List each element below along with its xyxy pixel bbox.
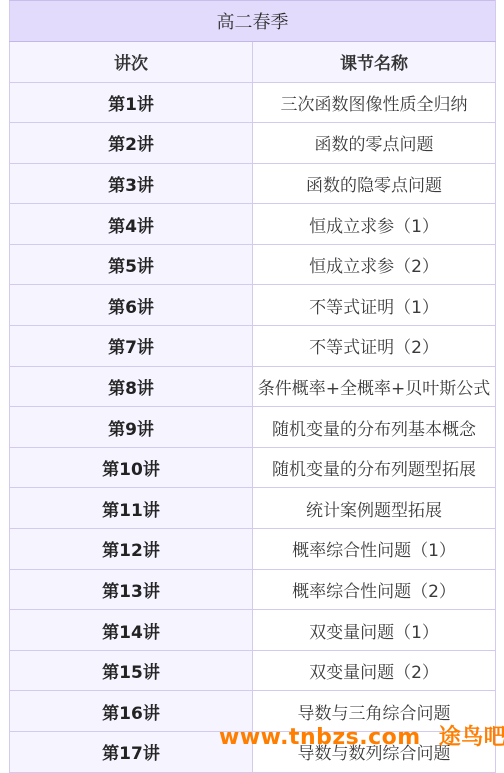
lecture-no: 第5讲 — [10, 244, 253, 285]
lecture-no: 第13讲 — [10, 569, 253, 610]
table-row: 第4讲恒成立求参（1） — [10, 204, 496, 245]
lecture-name: 恒成立求参（1） — [253, 204, 496, 245]
table-title: 高二春季 — [10, 1, 496, 42]
header-lecture-no: 讲次 — [10, 42, 253, 83]
table-title-row: 高二春季 — [10, 1, 496, 42]
table-row: 第7讲不等式证明（2） — [10, 326, 496, 367]
lecture-no: 第16讲 — [10, 691, 253, 732]
table-row: 第2讲函数的零点问题 — [10, 123, 496, 164]
header-lecture-name: 课节名称 — [253, 42, 496, 83]
lecture-no: 第7讲 — [10, 326, 253, 367]
lecture-name: 函数的隐零点问题 — [253, 163, 496, 204]
table-row: 第1讲三次函数图像性质全归纳 — [10, 82, 496, 123]
lecture-name: 函数的零点问题 — [253, 123, 496, 164]
lecture-no: 第3讲 — [10, 163, 253, 204]
table-row: 第8讲条件概率+全概率+贝叶斯公式 — [10, 366, 496, 407]
lecture-no: 第6讲 — [10, 285, 253, 326]
lecture-no: 第9讲 — [10, 407, 253, 448]
lecture-name: 条件概率+全概率+贝叶斯公式 — [253, 366, 496, 407]
lecture-no: 第17讲 — [10, 732, 253, 773]
table-row: 第6讲不等式证明（1） — [10, 285, 496, 326]
table-row: 第12讲概率综合性问题（1） — [10, 529, 496, 570]
lecture-name: 不等式证明（2） — [253, 326, 496, 367]
table-row: 第15讲双变量问题（2） — [10, 650, 496, 691]
table-row: 第17讲导数与数列综合问题 — [10, 732, 496, 773]
lecture-no: 第1讲 — [10, 82, 253, 123]
lecture-no: 第11讲 — [10, 488, 253, 529]
lecture-name: 统计案例题型拓展 — [253, 488, 496, 529]
table-row: 第14讲双变量问题（1） — [10, 610, 496, 651]
lecture-no: 第10讲 — [10, 447, 253, 488]
lecture-name: 导数与三角综合问题 — [253, 691, 496, 732]
lecture-name: 双变量问题（1） — [253, 610, 496, 651]
lecture-no: 第12讲 — [10, 529, 253, 570]
lecture-name: 导数与数列综合问题 — [253, 732, 496, 773]
table-row: 第10讲随机变量的分布列题型拓展 — [10, 447, 496, 488]
lecture-name: 随机变量的分布列基本概念 — [253, 407, 496, 448]
lecture-name: 三次函数图像性质全归纳 — [253, 82, 496, 123]
table-row: 第3讲函数的隐零点问题 — [10, 163, 496, 204]
table-row: 第11讲统计案例题型拓展 — [10, 488, 496, 529]
lecture-no: 第2讲 — [10, 123, 253, 164]
lecture-no: 第4讲 — [10, 204, 253, 245]
lecture-name: 概率综合性问题（2） — [253, 569, 496, 610]
table-row: 第5讲恒成立求参（2） — [10, 244, 496, 285]
table-header-row: 讲次 课节名称 — [10, 42, 496, 83]
lecture-no: 第8讲 — [10, 366, 253, 407]
table-row: 第13讲概率综合性问题（2） — [10, 569, 496, 610]
lecture-no: 第15讲 — [10, 650, 253, 691]
table-row: 第9讲随机变量的分布列基本概念 — [10, 407, 496, 448]
lecture-name: 双变量问题（2） — [253, 650, 496, 691]
lecture-name: 不等式证明（1） — [253, 285, 496, 326]
course-schedule-table-container: 高二春季 讲次 课节名称 第1讲三次函数图像性质全归纳 第2讲函数的零点问题 第… — [9, 0, 496, 773]
table-row: 第16讲导数与三角综合问题 — [10, 691, 496, 732]
lecture-name: 概率综合性问题（1） — [253, 529, 496, 570]
course-schedule-table: 高二春季 讲次 课节名称 第1讲三次函数图像性质全归纳 第2讲函数的零点问题 第… — [9, 0, 496, 773]
lecture-name: 恒成立求参（2） — [253, 244, 496, 285]
lecture-no: 第14讲 — [10, 610, 253, 651]
lecture-name: 随机变量的分布列题型拓展 — [253, 447, 496, 488]
